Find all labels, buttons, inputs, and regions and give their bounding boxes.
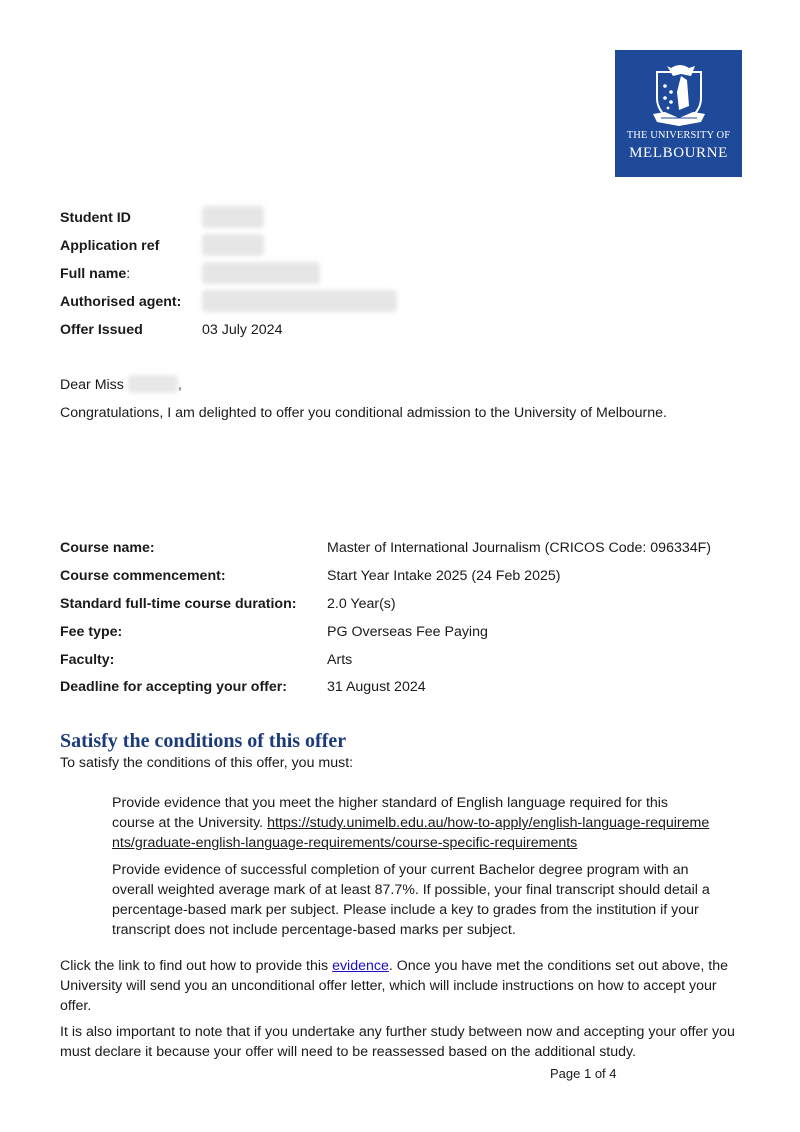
evidence-link[interactable]: evidence	[332, 958, 389, 974]
offer-issued-label: Offer Issued	[60, 320, 143, 340]
application-ref-redacted	[202, 234, 264, 256]
condition-item-english: Provide evidence that you meet the highe…	[112, 793, 712, 853]
course-label: Deadline for accepting your offer:	[60, 677, 287, 697]
full-name-label: Full name:	[60, 264, 130, 284]
course-label: Course commencement:	[60, 566, 226, 586]
course-value: Arts	[327, 650, 352, 670]
further-study-note: It is also important to note that if you…	[60, 1022, 740, 1062]
salutation-text: Dear Miss	[60, 377, 124, 393]
course-value: Start Year Intake 2025 (24 Feb 2025)	[327, 566, 560, 586]
salutation: Dear Miss,	[60, 375, 182, 395]
course-value: PG Overseas Fee Paying	[327, 622, 488, 642]
application-ref-label: Application ref	[60, 236, 159, 256]
course-value: Master of International Journalism (CRIC…	[327, 538, 711, 558]
student-id-label: Student ID	[60, 208, 131, 228]
course-label: Course name:	[60, 538, 155, 558]
logo-line-1: THE UNIVERSITY OF	[615, 130, 742, 141]
condition-text: Provide evidence of successful completio…	[112, 862, 710, 938]
course-label: Faculty:	[60, 650, 114, 670]
conditions-heading: Satisfy the conditions of this offer	[60, 730, 346, 753]
conditions-intro: To satisfy the conditions of this offer,…	[60, 753, 353, 773]
course-value: 31 August 2024	[327, 677, 426, 697]
authorised-agent-label: Authorised agent:	[60, 292, 181, 312]
course-label: Fee type:	[60, 622, 122, 642]
recipient-name-redacted	[128, 375, 178, 393]
logo-line-2: MELBOURNE	[615, 145, 742, 162]
evidence-paragraph: Click the link to find out how to provid…	[60, 956, 740, 1016]
salutation-comma: ,	[178, 377, 182, 393]
intro-paragraph: Congratulations, I am delighted to offer…	[60, 403, 667, 423]
condition-item-bachelor: Provide evidence of successful completio…	[112, 860, 712, 940]
evidence-text-before: Click the link to find out how to provid…	[60, 958, 332, 974]
full-name-redacted	[202, 262, 320, 284]
page-number: Page 1 of 4	[550, 1066, 617, 1081]
university-crest-icon	[651, 62, 707, 128]
authorised-agent-redacted	[202, 290, 397, 312]
course-value: 2.0 Year(s)	[327, 594, 396, 614]
university-logo: THE UNIVERSITY OF MELBOURNE	[615, 50, 742, 177]
course-label: Standard full-time course duration:	[60, 594, 296, 614]
offer-issued-value: 03 July 2024	[202, 320, 282, 340]
student-id-redacted	[202, 206, 264, 228]
